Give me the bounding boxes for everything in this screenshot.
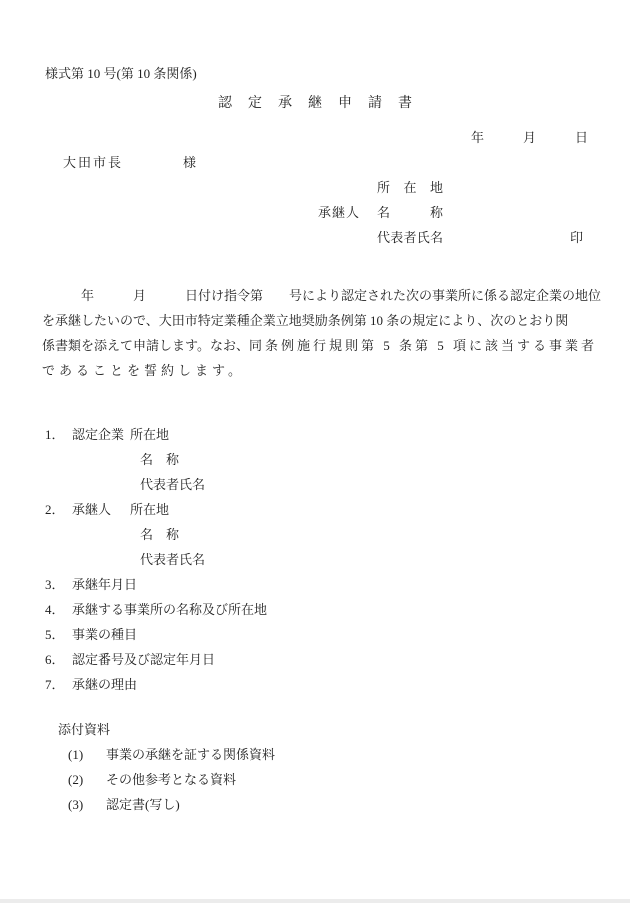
list-item-3-text: 承継年月日 [72,577,137,592]
declaration-line-3-start: 係書類を添えて申請します。なお、 [42,338,249,353]
form-number: 様式第 10 号(第 10 条関係) [45,61,588,86]
list-item-6-number: 6． [45,647,72,672]
application-form-page: 様式第 10 号(第 10 条関係) 認定承継申請書 年 月 日 大田市長様 所… [0,0,630,903]
list-item-2-field-representative: 代表者氏名 [140,547,588,572]
applicant-representative-row: 代表者氏名印 [318,225,588,250]
attachment-item-1-number: (1) [68,742,106,767]
attachment-item-2: (2)その他参考となる資料 [68,767,588,792]
list-item-4: 4．承継する事業所の名称及び所在地 [45,597,588,622]
attachment-item-1: (1)事業の承継を証する関係資料 [68,742,588,767]
list-item-1-number: 1． [45,422,72,447]
declaration-line-1: 年 月 日付け指令第 号により認定された次の事業所に係る認定企業の地位 [42,283,588,308]
list-item-7-number: 7． [45,672,72,697]
declaration-line-4: であることを誓約します。 [42,358,588,383]
list-item-2-field-name: 名 称 [140,522,588,547]
list-item-1: 1．認定企業所在地 [45,422,588,447]
list-item-6-text: 認定番号及び認定年月日 [72,652,215,667]
attachment-item-2-number: (2) [68,767,106,792]
addressee-name: 大田市長 [63,150,183,175]
applicant-name-label: 名称 [377,200,443,225]
list-item-5-number: 5． [45,622,72,647]
applicant-role-label: 承継人 [318,200,377,225]
attachment-item-1-text: 事業の承継を証する関係資料 [106,747,275,762]
applicant-address-row: 所在地 [318,175,588,200]
list-item-2-field-address: 所在地 [130,502,169,517]
list-item-5: 5．事業の種目 [45,622,588,647]
page-bottom-edge [0,899,630,903]
applicant-representative-label: 代表者氏名 [377,225,443,250]
document-title: 認定承継申請書 [42,91,588,116]
list-item-1-field-representative: 代表者氏名 [140,472,588,497]
list-item-4-number: 4． [45,597,72,622]
declaration-line-3-end: 同条例施行規則第 5 条第 5 項に該当する事業者 [249,338,597,353]
declaration-line-2: を承継したいので、大田市特定業種企業立地奨励条例第 10 条の規定により、次のと… [42,308,588,333]
declaration-line-3: 係書類を添えて申請します。なお、同条例施行規則第 5 条第 5 項に該当する事業… [42,333,588,358]
attachment-item-3-number: (3) [68,792,106,817]
list-item-1-field-name: 名 称 [140,447,588,472]
attachments-heading: 添付資料 [58,717,588,742]
date-line: 年 月 日 [42,125,588,150]
attachment-item-3-text: 認定書(写し) [106,797,180,812]
list-item-7: 7．承継の理由 [45,672,588,697]
seal-mark: 印 [570,230,583,245]
list-item-4-text: 承継する事業所の名称及び所在地 [72,602,267,617]
list-item-2: 2．承継人所在地 [45,497,588,522]
list-item-1-field-address: 所在地 [130,427,169,442]
list-item-3-number: 3． [45,572,72,597]
list-item-5-text: 事業の種目 [72,627,137,642]
addressee-honorific: 様 [183,155,196,170]
attachment-item-2-text: その他参考となる資料 [106,772,236,787]
addressee-line: 大田市長様 [63,150,588,175]
list-item-3: 3．承継年月日 [45,572,588,597]
list-item-2-label: 承継人 [72,497,130,522]
applicant-address-label: 所在地 [377,175,443,200]
list-item-2-number: 2． [45,497,72,522]
list-item-6: 6．認定番号及び認定年月日 [45,647,588,672]
attachment-item-3: (3)認定書(写し) [68,792,588,817]
list-item-7-text: 承継の理由 [72,677,137,692]
applicant-name-row: 承継人名称 [318,200,588,225]
list-item-1-label: 認定企業 [72,422,130,447]
